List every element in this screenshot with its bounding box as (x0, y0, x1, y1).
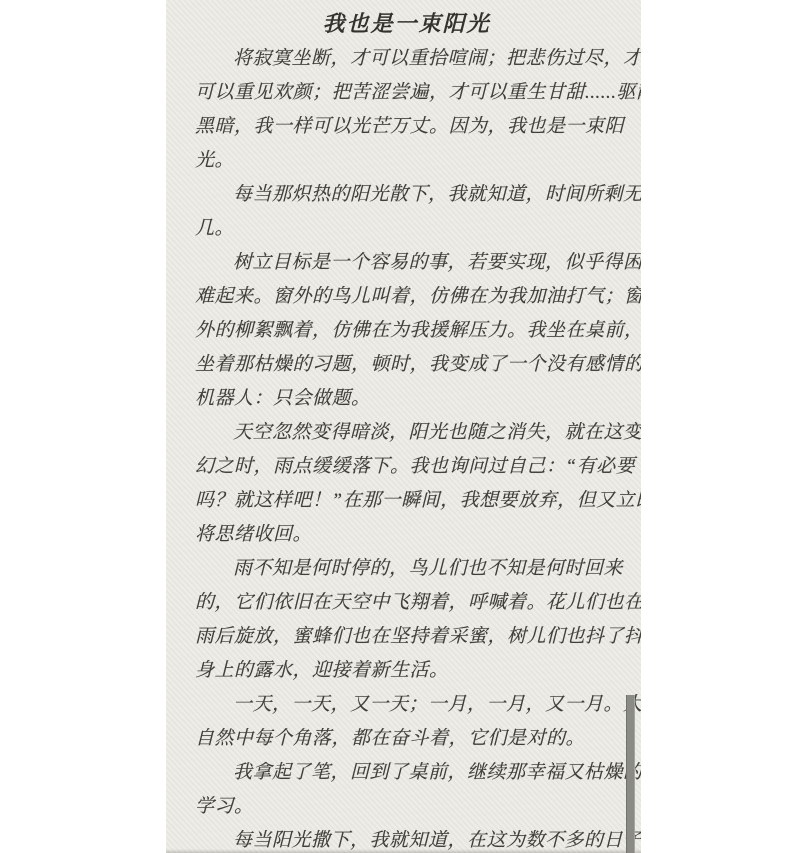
scrollbar-thumb[interactable] (626, 695, 635, 853)
document-page: 我也是一束阳光 将寂寞坐断，才可以重拾喧闹；把悲伤过尽，才可以重见欢颜；把苦涩尝… (166, 0, 641, 853)
paragraph: 一天，一天，又一天；一月，一月，又一月。大自然中每个角落，都在奋斗着，它们是对的… (195, 688, 618, 756)
paragraph: 天空忽然变得暗淡，阳光也随之消失，就在这变幻之时，雨点缓缓落下。我也询问过自己：… (195, 416, 618, 552)
paragraph: 树立目标是一个容易的事，若要实现，似乎得困难起来。窗外的鸟儿叫着，仿佛在为我加油… (195, 246, 618, 416)
paragraph: 将寂寞坐断，才可以重拾喧闹；把悲伤过尽，才可以重见欢颜；把苦涩尝遍，才可以重生甘… (195, 42, 618, 178)
text-line: 每当那炽热的阳光散下，我就知道，时间所剩无 (195, 178, 618, 212)
text-line: 的，它们依旧在天空中飞翔着，呼喊着。花儿们也在 (195, 586, 618, 620)
text-line: 吗？就这样吧！”在那一瞬间，我想要放弃，但又立即 (195, 484, 618, 518)
document-viewport: 我也是一束阳光 将寂寞坐断，才可以重拾喧闹；把悲伤过尽，才可以重见欢颜；把苦涩尝… (0, 0, 800, 853)
text-line: 自然中每个角落，都在奋斗着，它们是对的。 (195, 722, 618, 756)
text-line: 树立目标是一个容易的事，若要实现，似乎得困 (195, 246, 618, 280)
text-line: 机器人：只会做题。 (195, 382, 618, 416)
text-line: 几。 (195, 212, 618, 246)
text-line: 幻之时，雨点缓缓落下。我也询问过自己：“有必要 (195, 450, 618, 484)
text-line: 可以重见欢颜；把苦涩尝遍，才可以重生甘甜......驱散 (195, 76, 618, 110)
text-line: 光。 (195, 144, 618, 178)
text-line: 我拿起了笔，回到了桌前，继续那幸福又枯燥的 (195, 756, 618, 790)
paragraph: 雨不知是何时停的，鸟儿们也不知是何时回来的，它们依旧在天空中飞翔着，呼喊着。花儿… (195, 552, 618, 688)
text-line: 天空忽然变得暗淡，阳光也随之消失，就在这变 (195, 416, 618, 450)
text-line: 将思绪收回。 (195, 518, 618, 552)
paragraph: 每当那炽热的阳光散下，我就知道，时间所剩无几。 (195, 178, 618, 246)
text-line: 黑暗，我一样可以光芒万丈。因为，我也是一束阳 (195, 110, 618, 144)
paragraph: 我拿起了笔，回到了桌前，继续那幸福又枯燥的学习。 (195, 756, 618, 824)
text-line: 雨不知是何时停的，鸟儿们也不知是何时回来 (195, 552, 618, 586)
text-line: 雨后旋放，蜜蜂们也在坚持着采蜜，树儿们也抖了抖 (195, 620, 618, 654)
text-line: 外的柳絮飘着，仿佛在为我援解压力。我坐在桌前， (195, 314, 618, 348)
article-body: 将寂寞坐断，才可以重拾喧闹；把悲伤过尽，才可以重见欢颜；把苦涩尝遍，才可以重生甘… (195, 42, 618, 853)
text-line: 难起来。窗外的鸟儿叫着，仿佛在为我加油打气；窗 (195, 280, 618, 314)
page-bottom-edge (166, 849, 641, 853)
text-line: 学习。 (195, 790, 618, 824)
article-title: 我也是一束阳光 (195, 8, 618, 40)
text-line: 身上的露水，迎接着新生活。 (195, 654, 618, 688)
text-line: 将寂寞坐断，才可以重拾喧闹；把悲伤过尽，才 (195, 42, 618, 76)
text-line: 一天，一天，又一天；一月，一月，又一月。大 (195, 688, 618, 722)
text-line: 坐着那枯燥的习题，顿时，我变成了一个没有感情的 (195, 348, 618, 382)
